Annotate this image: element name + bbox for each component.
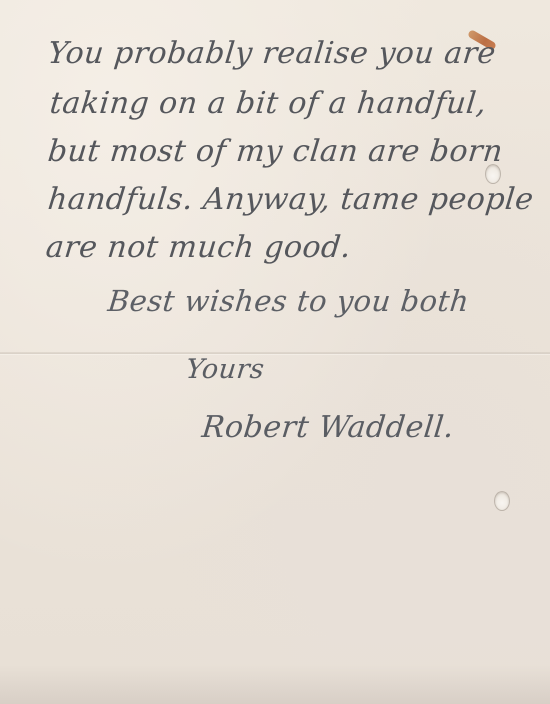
letter-body-line-3: but most of my clan are born [46,134,505,169]
letter-valediction: Yours [184,354,266,385]
letter-body-line-5: are not much good. [44,230,353,265]
paper-fold-line [0,352,550,355]
letter-signature: Robert Waddell. [200,410,456,445]
letter-page: You probably realise you are taking on a… [0,0,550,704]
letter-body-line-1: You probably realise you are [46,36,497,71]
letter-closing: Best wishes to you both [106,284,471,318]
letter-body-line-2: taking on a bit of a handful, [48,86,488,121]
paper-bottom-shadow [0,664,550,704]
punch-hole-lower [494,491,510,511]
letter-body-line-4: handfuls. Anyway, tame people [46,182,535,217]
